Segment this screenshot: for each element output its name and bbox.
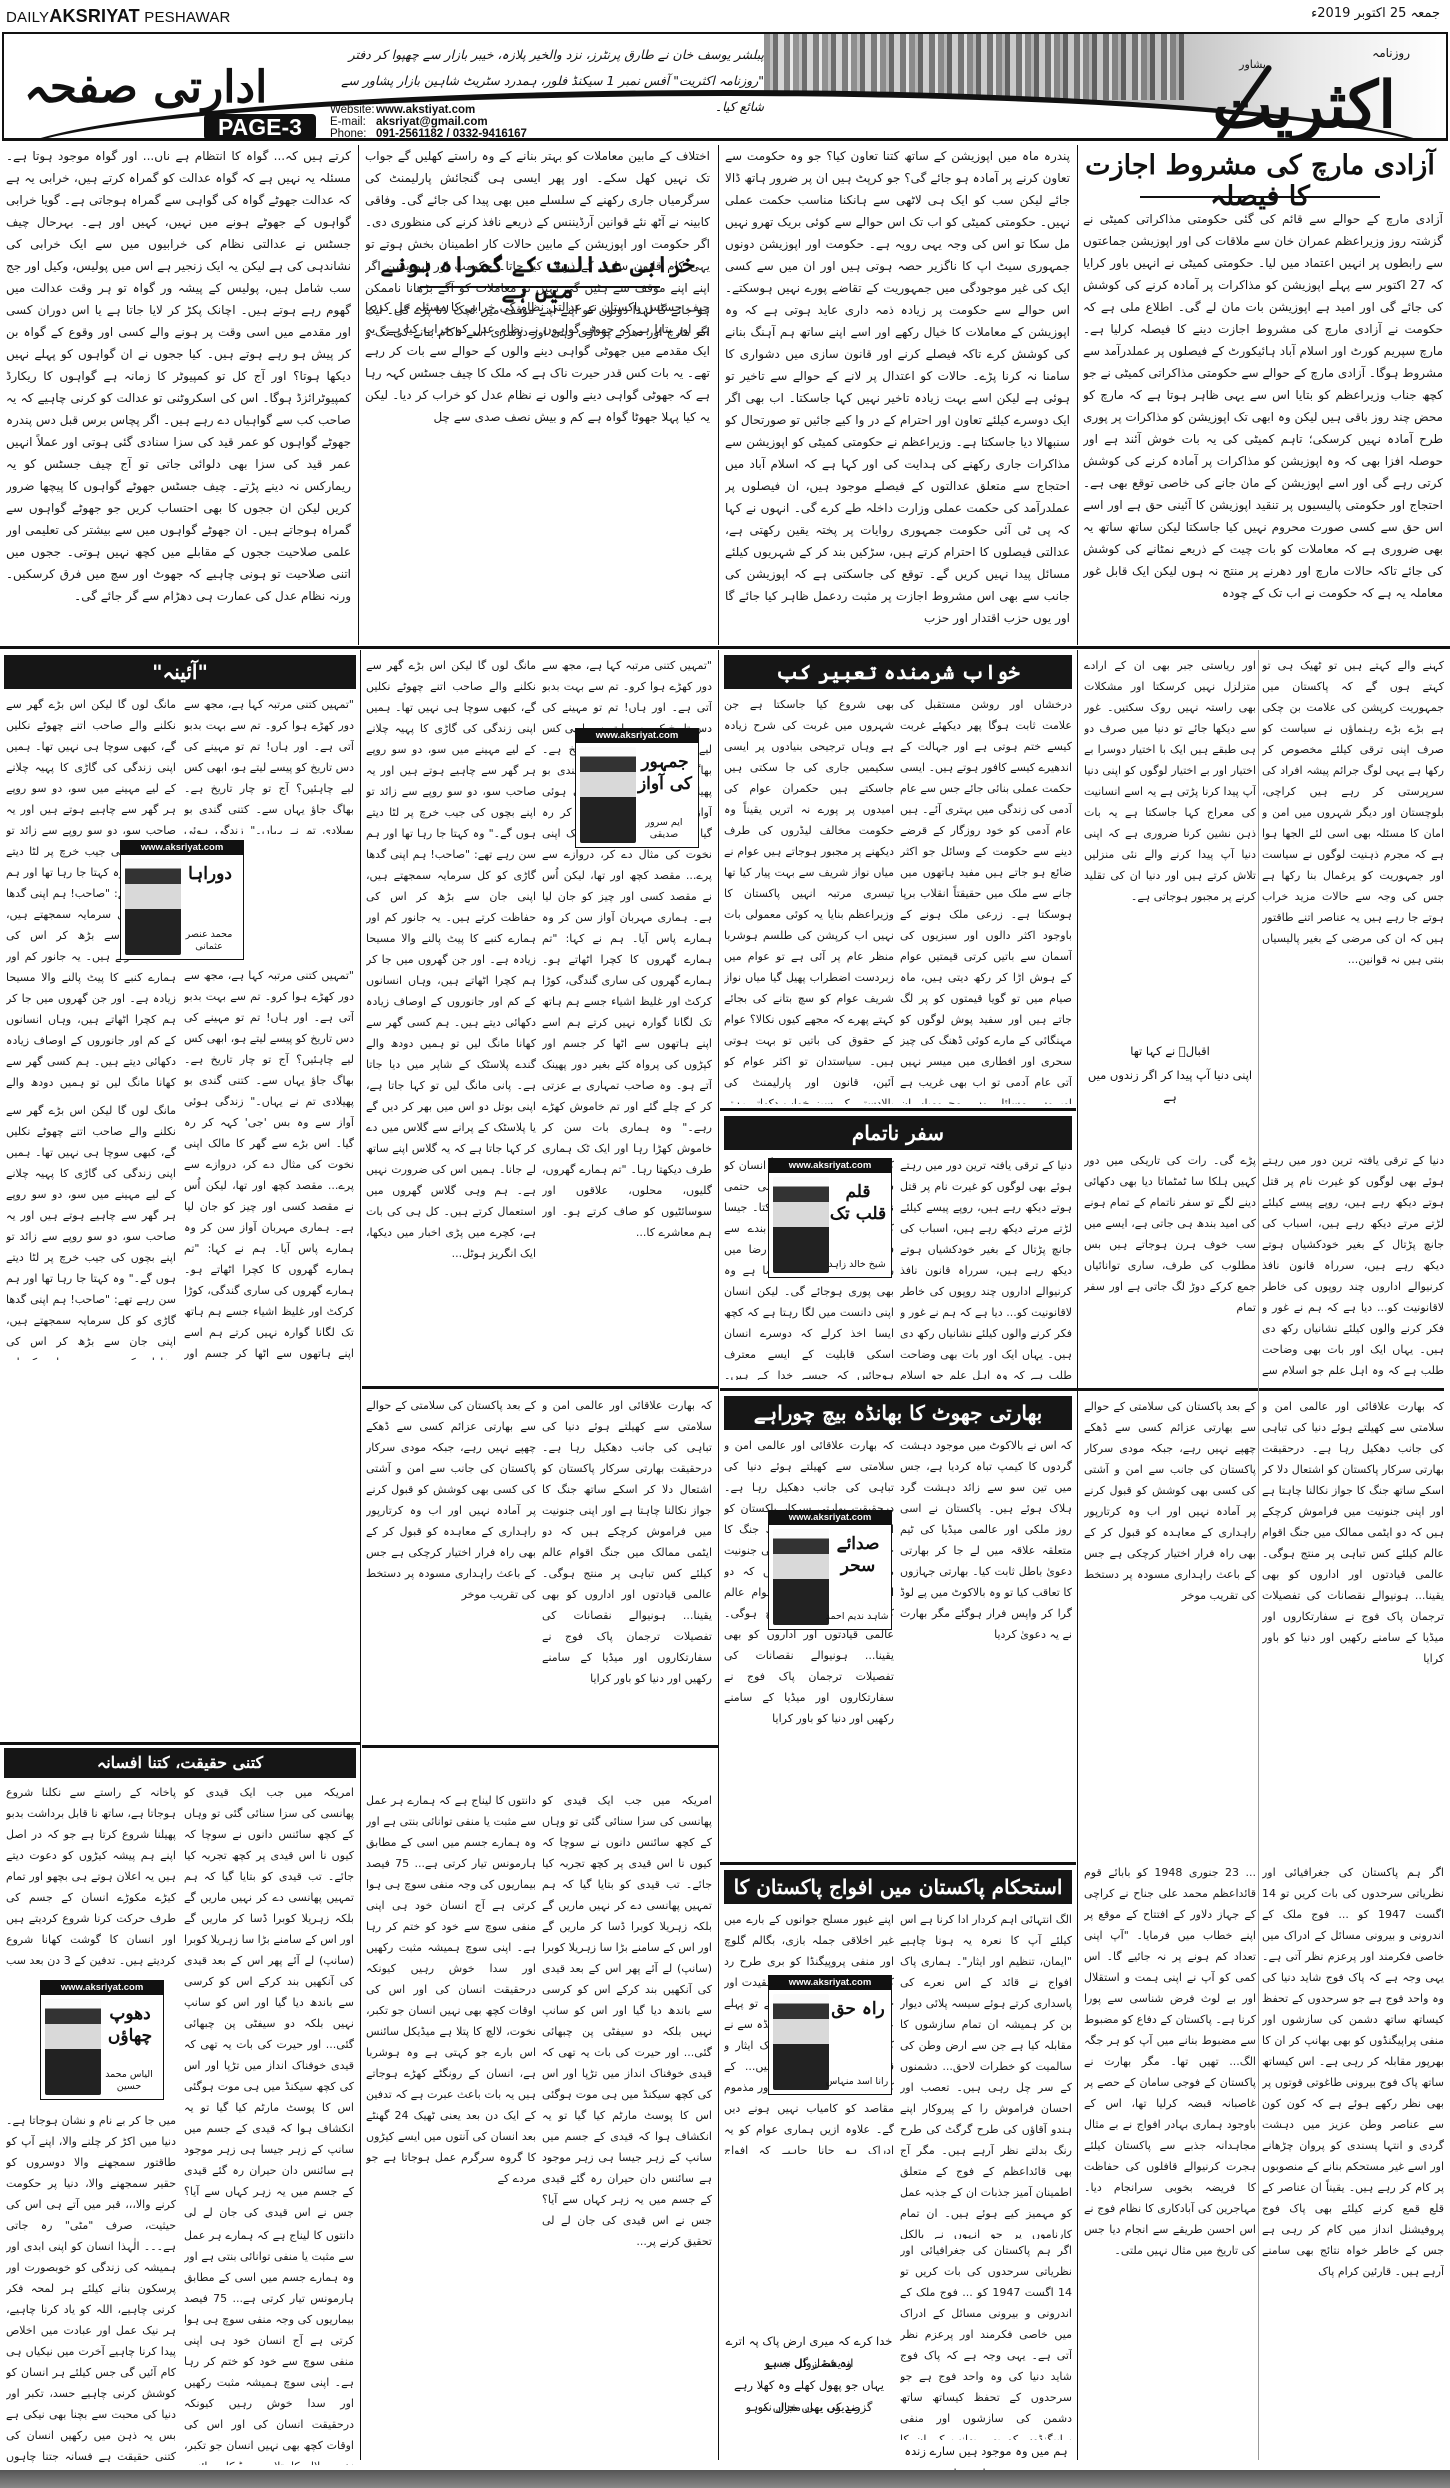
aaina-continued-1: مانگ لوں گا لیکن اس بڑے گھر سے نکلنے وال… xyxy=(366,655,536,1380)
issue-date: جمعہ 25 اکتوبر 2019ء xyxy=(1311,6,1440,21)
byline-box: www.aksriyat.com دھوپ چھاؤں الیاس محمد ح… xyxy=(40,1980,164,2100)
section-rule xyxy=(362,1745,718,1748)
paper-prefix: DAILY xyxy=(6,9,49,26)
column-divider xyxy=(1258,650,1259,2460)
byline-box: www.aksriyat.com جمہور کی آواز ایم سرور … xyxy=(575,728,699,848)
author-photo xyxy=(773,1529,829,1625)
kitni-col-b: پاخانہ کے راستے سے نکلنا شروع ہوجاتا ہے،… xyxy=(6,1782,176,1972)
afwaj-col-d: ... 23 جنوری 1948 کو بابائے قوم قائداعظم… xyxy=(1084,1862,1256,2462)
byline-box: www.aksriyat.com دوراہا محمد عنصر عثمانی xyxy=(120,840,244,960)
byline-website: www.aksriyat.com xyxy=(769,1159,891,1173)
right-col-a: کہنے والے کہتے ہیں تو ٹھیک ہی تو کہتے ہو… xyxy=(1262,655,1444,1145)
afwaj-col-a: الگ انتہائی اہم کردار ادا کرنا ہے اس کیل… xyxy=(900,1909,1072,2239)
safar-col-c: پڑے گی۔ رات کی تاریکی میں دور کہیں ہلکا … xyxy=(1084,1150,1256,1380)
column-name: قلم قلب تک xyxy=(829,1181,887,1225)
author-name: رانا اسد منہاس xyxy=(825,2076,889,2088)
website-link[interactable]: www.akstiyat.com xyxy=(376,104,475,116)
safar-headline: سفر ناتمام xyxy=(724,1116,1072,1150)
section-title: ادارتی صفحہ xyxy=(24,62,267,113)
bharti-headline: بھارتی جھوٹ کا بھانڈہ بیچ چوراہے پھوٹا!! xyxy=(724,1396,1072,1430)
byline-website: www.aksriyat.com xyxy=(41,1981,163,1995)
section-rule xyxy=(0,1742,360,1745)
afwaj-col-c: اگر ہم پاکستان کی جغرافیائی اور نظریاتی … xyxy=(1262,1862,1444,2462)
safar-col-d: دنیا کے ترقی یافتہ ترین دور میں رہتے ہوئ… xyxy=(1262,1150,1444,1380)
bharti-col-d: کہ بھارت علاقائی اور عالمی امن و سلامتی … xyxy=(1262,1396,1444,1856)
column-name: راہ حق xyxy=(829,1998,887,2020)
bharti-col-b: کہ بھارت علاقائی اور عالمی امن و سلامتی … xyxy=(724,1435,894,1855)
byline-box: www.aksriyat.com صدائے سحر شاہد ندیم احم… xyxy=(768,1510,892,1630)
column-divider xyxy=(718,145,719,645)
section-rule xyxy=(362,1386,718,1389)
safar-col-a: دنیا کے ترقی یافتہ ترین دور میں رہتے ہوئ… xyxy=(900,1155,1072,1380)
khwab-col-b: بھی شروع کیا جاسکتا ہے جن شہروں میں غربت… xyxy=(724,694,894,1104)
masthead: ادارتی صفحہ پبلشر یوسف خان نے طارق پرنٹر… xyxy=(2,32,1448,138)
phone-label: Phone: xyxy=(330,128,376,138)
kitni-col-c: دانتوں کا لیناج ہے کہ ہمارے ہر عمل سے مث… xyxy=(184,2225,354,2465)
column-divider xyxy=(1077,650,1078,2460)
byline-website: www.aksriyat.com xyxy=(769,1511,891,1525)
logo-prefix: روزنامہ xyxy=(1372,46,1410,60)
right-col-b: اور ریاستی جبر بھی ان کے ارادے متزلزل نہ… xyxy=(1084,655,1256,1035)
khwab-headline: خواب شرمندہ تعبیر کب ہونگے؟۔۔۔ xyxy=(724,655,1072,689)
byline-box: www.aksriyat.com قلم قلب تک شیخ خالد زاہ… xyxy=(768,1158,892,1278)
column-name: دوراہا xyxy=(181,863,239,885)
editorial-col-1: آزادی مارچ کے حوالے سے قائم کی گئی حکومت… xyxy=(1083,208,1443,643)
byline-box: www.aksriyat.com راہ حق رانا اسد منہاس xyxy=(768,1975,892,2095)
poem-line-4: گزرنے کی بھی مجال نہ ہو xyxy=(724,2396,894,2418)
email-link[interactable]: aksriyat@gmail.com xyxy=(376,116,488,128)
page-number-badge: PAGE-3 xyxy=(204,114,316,138)
masthead-rule xyxy=(2,138,1448,141)
column-divider xyxy=(718,650,719,2460)
byline-website: www.aksriyat.com xyxy=(576,729,698,743)
newspaper-logo: روزنامہ پشاور اکثریت xyxy=(1196,40,1416,138)
bharti-col-a: کہ اس نے بالاکوٹ میں موجود دہشت گردوں کا… xyxy=(900,1435,1072,1855)
section-rule xyxy=(720,1388,1444,1391)
author-name: محمد عنصر عثمانی xyxy=(177,929,241,953)
logo-name: اکثریت xyxy=(1212,74,1396,138)
website-label: Website: xyxy=(330,104,376,116)
court-col-b: کرتے ہیں کہ... گواہ کا انتظام ہے ناں... … xyxy=(6,145,351,640)
headline-underline xyxy=(420,286,660,288)
column-divider xyxy=(360,650,361,2460)
aaina-col-a: "تمہیں کتنی مرتبہ کہا ہے، مجھ سے دور کھڑ… xyxy=(184,694,354,834)
editorial-headline: آزادی مارچ کی مشروط اجازت کا فیصلہ xyxy=(1080,150,1440,212)
kitni-col-a: امریکہ میں جب ایک قیدی کو پھانسی کی سزا … xyxy=(184,1782,354,2222)
editorial-col-2: پندرہ ماہ میں اپوزیشن کے ساتھ کتنا تعاون… xyxy=(725,145,1070,645)
author-name: شاہد ندیم احمد xyxy=(825,1611,889,1623)
paper-name: DAILYAKSRIYAT PESHAWAR xyxy=(6,6,231,27)
headline-underline xyxy=(1140,196,1380,198)
byline-website: www.aksriyat.com xyxy=(769,1976,891,1990)
author-photo xyxy=(45,1999,101,2095)
column-divider xyxy=(358,145,359,645)
kitni-col-d: میں جا کر بے نام و نشان ہوجاتا ہے۔ دنیا … xyxy=(6,2110,176,2465)
paper-city: PESHAWAR xyxy=(144,9,230,26)
bharti-continued-2: کہ بھارت علاقائی اور عالمی امن و سلامتی … xyxy=(542,1395,712,1740)
author-photo xyxy=(580,747,636,843)
byline-website: www.aksriyat.com xyxy=(121,841,243,855)
author-name: الیاس محمد حسین xyxy=(97,2069,161,2093)
bharti-col-c: کے بعد پاکستان کی سلامتی کے حوالے سے بھا… xyxy=(1084,1396,1256,1856)
bharti-continued-1: کے بعد پاکستان کی سلامتی کے حوالے سے بھا… xyxy=(366,1395,536,1740)
author-name: ایم سرور صدیقی xyxy=(632,817,696,841)
kitni-continued-1: دانتوں کا لیناج ہے کہ ہمارے ہر عمل سے مث… xyxy=(366,1790,536,2460)
author-photo xyxy=(125,859,181,955)
publisher-line-1: پبلشر یوسف خان نے طارق پرنٹرز، نزد والخی… xyxy=(334,42,764,68)
footer-bar xyxy=(0,2470,1450,2488)
author-photo xyxy=(773,1994,829,2090)
section-rule xyxy=(720,1862,1076,1865)
kitni-headline: کتنی حقیقت، کتنا افسانہ xyxy=(4,1748,356,1778)
paper-title: AKSRIYAT xyxy=(49,6,140,26)
top-bar: DAILYAKSRIYAT PESHAWAR جمعہ 25 اکتوبر 20… xyxy=(0,0,1450,30)
column-divider xyxy=(1077,145,1078,645)
column-name: جمہور کی آواز xyxy=(636,751,694,795)
section-rule xyxy=(720,1108,1076,1111)
iqbal-quote-intro: اقبالؒ نے کہا تھا xyxy=(1084,1040,1256,1062)
contact-info: Website:www.akstiyat.com E-mail:aksriyat… xyxy=(330,104,527,138)
poem-line-2: اندیشۂ زوال نہ ہو xyxy=(724,2352,894,2374)
afwaj-col-a-cont: اگر ہم پاکستان کی جغرافیائی اور نظریاتی … xyxy=(900,2240,1072,2440)
section-rule xyxy=(0,646,1450,649)
court-col-a: چیف جسٹس پاکستان نے عدالتی نظام کی خرابی… xyxy=(365,296,710,641)
column-name: صدائے سحر xyxy=(829,1533,887,1577)
aaina-col-a-cont: "تمہیں کتنی مرتبہ کہا ہے، مجھ سے دور کھڑ… xyxy=(184,965,354,1360)
author-name: شیخ خالد زاہد xyxy=(825,1259,889,1271)
kitni-continued-2: امریکہ میں جب ایک قیدی کو پھانسی کی سزا … xyxy=(542,1790,712,2460)
aaina-col-b-cont: مانگ لوں گا لیکن اس بڑے گھر سے نکلنے وال… xyxy=(6,1100,176,1360)
iqbal-quote-line: اپنی دنیا آپ پیدا کر اگر زندوں میں ہے xyxy=(1084,1064,1256,1108)
afwaj-headline: استحکام پاکستان میں افواج پاکستان کا کرد… xyxy=(724,1870,1072,1904)
email-label: E-mail: xyxy=(330,116,376,128)
author-photo xyxy=(773,1177,829,1273)
phone-number: 091-2561182 / 0332-9416167 xyxy=(376,128,527,138)
column-name: دھوپ چھاؤں xyxy=(101,2003,159,2047)
khwab-col-a: درخشاں اور روشن مستقبل کی علامت ثابت ہوگ… xyxy=(900,694,1072,1104)
aaina-headline: "آئینہ" xyxy=(4,655,356,689)
